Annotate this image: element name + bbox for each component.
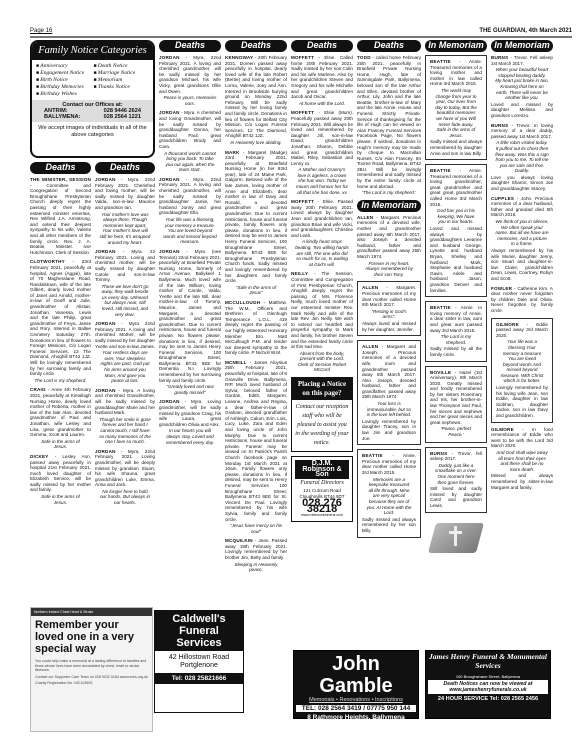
notice-text: - Annie. Treasured memories of a loving … <box>430 168 482 207</box>
robinson-web: www.robinsonsfuneral.com <box>295 513 349 519</box>
notice-text: - called home February 25th 2021, peacef… <box>357 55 421 189</box>
notice-name: BURNS <box>491 123 508 128</box>
paper-title: THE GUARDIAN, 4th March 2021 <box>479 28 572 34</box>
category-item: Birthday Wishes <box>36 91 92 97</box>
notice-name: GILMORE <box>496 322 519 327</box>
notice-name: JORDAN <box>95 177 116 182</box>
bible-cross-icon <box>426 517 486 557</box>
notice: ALLEN - Margaret. Precious memories of a… <box>357 215 421 278</box>
office-phone: 028 2564 1221 <box>104 114 141 120</box>
notice-verse: Sleeping in Heavenly peace. <box>229 562 283 573</box>
robinson-phone: 028 276 38218 <box>295 501 349 512</box>
notice-verse: A Mother and Granny's love is ageless, a… <box>295 167 349 195</box>
notice: BURNS - Trevor. In loving memory of a de… <box>491 123 553 192</box>
notice-name: BEATTIE <box>430 305 451 310</box>
notice-tail: Always loved and missed by her daughter,… <box>362 321 416 332</box>
notice-verse: Peace is yours, memories ours. <box>163 95 217 106</box>
notice-name: MOFFETT <box>291 55 314 60</box>
category-item: Death Notice <box>94 63 150 69</box>
notice-name: BURNS <box>491 55 508 60</box>
notice: BURNS - Trevor, fell asleep 2017.Daddy, … <box>425 447 487 513</box>
notice: BEATTIE - Annie. Treasured memories of a… <box>425 164 487 297</box>
notice: CRAIG - Anne 4th February 2021, peaceful… <box>30 387 91 450</box>
notice-name: BEATTIE <box>430 59 451 64</box>
page-number: Page 16 <box>30 28 52 34</box>
henry-notice: Death Notices can now be viewed at www.j… <box>428 680 548 694</box>
notice: MCNEILL - James Aloysius 25th February 2… <box>225 360 287 534</box>
notice-name: BOVILLE <box>430 370 451 375</box>
notice: JORDAN - Myra. 22nd February 2021. A lov… <box>159 177 221 245</box>
section-band-deaths: Deaths <box>95 162 155 174</box>
notice-text: - Hazel (1st Anniversary), 8th March 202… <box>430 370 482 425</box>
notice-verse: Safe in the arms of Jesus. <box>34 494 87 505</box>
notice-tail: Love you always loving daughter Sharon, … <box>491 175 553 191</box>
notice-name: ALLEN <box>357 215 373 220</box>
column-memoriam-7: In MemoriamBEATTIE - Annie. Treasured me… <box>425 40 487 645</box>
notice-tail: Sadly missed and always remembered by da… <box>430 139 482 155</box>
notice-text: - 20th February 2021, Doreen passed away… <box>225 55 287 138</box>
accept-images-note: We accept images of individuals in all o… <box>32 125 153 139</box>
notice-text: - Anne 4th February 2021, peacefully at … <box>30 387 91 437</box>
caldwell-funeral-ad[interactable]: Caldwell's Funeral Services 42 Hillostow… <box>154 610 244 713</box>
notice: THE MINISTER, SESSION - Committee and Co… <box>30 177 91 255</box>
notice: MCQUILKIN - Jean. Passed away 19th Febru… <box>225 538 287 573</box>
chest-heart-stroke-ad[interactable]: Northern Ireland Chest Heart & Stroke Re… <box>30 607 153 732</box>
notice-name: NEILLY <box>291 271 308 276</box>
notice-verse: Those we love don't go away, they walk b… <box>99 284 151 318</box>
notice: MOFFETT - Elsie. Passed away 20th Februa… <box>291 199 353 267</box>
henry-phone: 24 HOUR SERVICE Tel: 028 2565 2456 <box>426 696 550 702</box>
categories-title: Family Notice Categories <box>32 42 153 60</box>
notice: NEILLY - The Session, Committee and Cong… <box>291 271 353 373</box>
notice-verse: When your beautiful heart stopped beatin… <box>495 67 549 101</box>
robinson-sub: Funeral Directors <box>297 481 347 487</box>
notice-text: - Margaret (Madge) 23rd February 2021, p… <box>225 150 287 284</box>
notice-name: JORDAN <box>95 388 116 393</box>
notice-verse: No longer here to hold our hands, But al… <box>99 489 151 506</box>
ad-headline: Remember your loved one in a very specia… <box>31 616 152 658</box>
notice: ALLEN - Margaret. Precious memories of m… <box>357 281 421 336</box>
notice: CLOTWORTHY - 23rd February 2021, peacefu… <box>30 259 91 383</box>
notice: CUPPLES - John. Precious memories of a d… <box>491 196 553 282</box>
category-item: Anniversary <box>36 63 92 69</box>
notice-tail: Loved and missed always by granddaughter… <box>430 226 482 293</box>
category-item: Memoriam <box>94 77 150 83</box>
notice-name: TODD <box>357 55 371 60</box>
james-henry-ad[interactable]: James Henry Funeral & Monumental Service… <box>425 650 551 719</box>
notice-name: MOFFETT <box>291 199 314 204</box>
family-notice-categories: Family Notice Categories Anniversary Dea… <box>30 40 155 158</box>
notice-verse: "Resting in God's arms". <box>366 309 412 320</box>
henry-name: James Henry Funeral & Monumental Service… <box>426 653 550 670</box>
notice: BEATTIE - Annie. In loving memory of Ann… <box>425 301 487 361</box>
notice-verse: In our hearts you will always stay, Love… <box>163 428 217 445</box>
notice-name: ALLEN <box>362 285 378 290</box>
notice-name: FOWLER <box>491 286 512 291</box>
notice-verse: 'Peace, perfect Peace.' <box>434 426 478 437</box>
category-item: Marriage Notice <box>94 70 150 76</box>
notice-verse: Your life was a blessing Your memory a t… <box>500 339 544 384</box>
notice-verse: And God shall wipe away all tears from t… <box>495 450 549 472</box>
notice-verse: Forever in my heart. Always remembered b… <box>361 261 417 278</box>
notice-name: JORDAN <box>95 449 116 454</box>
notice-text: - Committee and Congregation of Second B… <box>30 183 91 255</box>
office-name: BALLYMENA: <box>44 114 80 120</box>
notice-verse: Your restless days are over, Your sleepl… <box>99 350 151 384</box>
notice-text: - Lesley Ann, passed away peacefully in … <box>30 454 91 493</box>
notice-name: CLOTWORTHY <box>30 259 65 264</box>
notice-text: - Margaret and Joseph. Precious memories… <box>362 344 416 399</box>
henry-address: 100 Broughshane Street, Ballymena <box>426 674 550 679</box>
notice: KENNOWAY - 20th February 2021, Doreen pa… <box>225 55 287 146</box>
notice-verse: Your loss is immeasurable, but so is the… <box>366 401 412 418</box>
notice-verse: The Lord is my shepherd. <box>434 334 478 345</box>
notice: BOVILLE - Hazel (1st Anniversary), 8th M… <box>425 366 487 443</box>
notice-tail: Still loved and sadly missed by daughter… <box>430 486 482 508</box>
notice: MOFFETT - Elsie (Mum). Peacefully passed… <box>291 110 353 195</box>
column-deaths-4: DeathsKENNOWAY - 20th February 2021, Dor… <box>225 40 287 645</box>
gamble-address: 8 Rathmore Heights, Ballymena <box>294 714 418 721</box>
notice: MOFFETT - Elsie. Called home 20th Februa… <box>291 55 353 106</box>
notice: JORDAN - Myra. 22 February 2021. Loving … <box>95 249 155 317</box>
notice: GILMORE - In fond remembrance of Eddie w… <box>491 427 553 491</box>
notice-name: BEATTIE <box>430 168 451 173</box>
notice-name: MOFFETT <box>291 110 314 115</box>
notice-verse: The Lord is my shepherd. <box>34 378 87 384</box>
notice-name: JORDAN <box>159 399 180 404</box>
contact-offices: Contact our Offices at: ANTRIM:028 9446 … <box>32 100 153 122</box>
notice-tail: Lovingly remembered by his loving wife J… <box>496 385 548 418</box>
category-item: Thanks Notice <box>94 84 150 90</box>
notice-verse: Memories are a keepsake treasured all li… <box>366 477 412 516</box>
category-item: Birth Notice <box>36 77 92 83</box>
notice-verse: A little robin visited today. It puffed … <box>495 140 549 174</box>
column-memoriam-8: In MemoriamBURNS - Trevor. Fell asleep 1… <box>491 40 553 645</box>
notice-text: - Myra. 22nd February 2021. Cherished an… <box>95 177 155 210</box>
section-band-deaths: Deaths <box>30 162 91 174</box>
notice: ALLEN - Margaret and Joseph. Precious me… <box>357 340 421 445</box>
notice-name: JORDAN <box>95 249 116 254</box>
placing-notice-title: Placing a Notice on this page? <box>292 378 352 400</box>
notice-verse: Though her smile is gone forever and her… <box>99 417 151 445</box>
notice-text: - Myra, 22nd February 2021. A loving and… <box>159 55 221 94</box>
category-item: Birthday Memories <box>36 84 92 90</box>
notice-name: JORDAN <box>95 321 116 326</box>
section-band-deaths: Deaths <box>291 40 353 52</box>
notice: FOWLER - Catherine Kim. A dear mother ne… <box>491 286 553 314</box>
notice: BURNS - Trevor. Fell asleep 1st March 20… <box>491 55 553 119</box>
notice: BEATTIE - Annie. Precious memories of my… <box>357 449 421 537</box>
notice-name: BURNS <box>430 451 447 456</box>
column-deaths-1: DeathsTHE MINISTER, SESSION - Committee … <box>30 162 91 602</box>
caldwell-phone: Tel: 028 25821666 <box>155 673 243 684</box>
notice-text: - The Session, Committee and Congregatio… <box>291 271 353 349</box>
column-deaths-5: DeathsMOFFETT - Elsie. Called home 20th … <box>291 40 353 645</box>
notice-verse: In Heavenly love abiding. <box>229 140 283 146</box>
notice-verse: Your life was a blessing, your memory a … <box>163 217 217 245</box>
notice-name: MARK <box>225 150 240 155</box>
ad-org: Northern Ireland Chest Heart & Stroke <box>31 608 152 616</box>
notice-name: DICKEY <box>30 454 49 459</box>
notice-text: - Elsie (Mum). Peacefully passed away 20… <box>291 110 353 165</box>
notice-verse: Daddy, just like a snowflake on a river.… <box>434 463 478 485</box>
notice-tail: Sadly missed by all the family circle. <box>430 346 482 357</box>
notice-verse: "Jesus have mercy on his soul" <box>229 523 283 534</box>
section-band-memoriam: In Memoriam <box>491 40 553 52</box>
notice-name: CUPPLES <box>491 196 514 201</box>
notice-verse: 'The Lord is my shepherd.' <box>361 190 417 196</box>
section-band-memoriam: In Memoriam <box>357 200 421 212</box>
notice-tail: Missed and always remembered by sister-i… <box>491 473 553 489</box>
notice-tail: Always remembered by his wife Muriel, da… <box>491 248 553 281</box>
notice-name: KENNOWAY <box>225 55 253 60</box>
notice-name: JORDAN <box>159 55 180 60</box>
notice-verse: At home with the Lord. <box>295 101 349 107</box>
notice: DICKEY - Lesley Ann, passed away peacefu… <box>30 454 91 505</box>
notice-tail: Lovingly remembered by daughter Tracey, … <box>362 419 416 441</box>
column-deaths-memoriam-6: DeathsTODD - called home February 25th 2… <box>357 40 421 645</box>
column-deaths-3: DeathsJORDAN - Myra, 22nd February 2021.… <box>159 40 221 610</box>
notice-text: - Myra (nee Tennant) 22nd February 2021,… <box>159 249 221 383</box>
notice: BEATTIE - Annie. Treasured memories of a… <box>425 55 487 160</box>
notice-text: - Myra. 22nd February 2021. A loving and… <box>159 177 221 216</box>
notice-name: CRAIG <box>30 387 46 392</box>
notice-tail: Sadly missed and always remembered by he… <box>362 517 416 533</box>
notice-name: MCQUILKIN <box>225 538 253 543</box>
notice: JORDAN - Myra 22nd February 2021. A lovi… <box>95 321 155 384</box>
notice: JORDAN - Myra. 22nd February 2021. Cheri… <box>95 177 155 245</box>
section-band-deaths: Deaths <box>357 40 421 52</box>
notice-verse: Absent from the body, present with the L… <box>295 351 349 373</box>
caldwell-address: 42 Hillostown Road Portglenone <box>155 651 243 673</box>
categories-list: Anniversary Death Notice Engagement Noti… <box>32 60 153 97</box>
notice-verse: We think of you in silence, We often spe… <box>495 219 549 247</box>
notice: JORDAN - Myra, 22nd February 2021. A lov… <box>159 55 221 106</box>
robinson-name: D.J.M. Robinson & Son <box>295 460 349 479</box>
notice: JORDAN - Myra (nee Tennant) 22nd Februar… <box>159 249 221 395</box>
notice-verse: A thousand words cannot bring you back. … <box>163 151 217 173</box>
notice-text: - Margaret. Precious memories of a devot… <box>357 215 421 259</box>
category-item: Engagement Notice <box>36 70 92 76</box>
gamble-name: John Gamble <box>294 653 418 697</box>
notice-name: JORDAN <box>159 110 180 115</box>
notice: MCCULLOUGH - Matthew. The W.M., Officers… <box>225 300 287 356</box>
placing-notice-body: Contact our reception staff who will be … <box>292 400 352 451</box>
notice-verse: A kindly heart stops beating, Two willin… <box>295 239 349 267</box>
robinson-funeral-ad[interactable]: D.J.M. Robinson & SonFuneral Directors12… <box>291 456 353 522</box>
notice-text: - Myra, 22nd February 2021. Loving grand… <box>95 449 155 488</box>
notice: JORDAN - Myra. Loving grandmother, will … <box>159 399 221 445</box>
notice: JORDAN - Myra. A loving and cherished Gr… <box>95 388 155 445</box>
ad-charity-no: Charity Registration No. NIC103593 <box>31 680 152 687</box>
notice-name: MCNEILL <box>225 360 247 365</box>
notice-text: - Myra. 22 February 2021. Loving and che… <box>95 249 155 282</box>
notice-name: JORDAN <box>159 177 180 182</box>
notice-name: MCCULLOUGH <box>225 300 260 305</box>
notice-verse: "Greatly loved and now greatly missed" <box>163 384 217 395</box>
placing-notice-box: Placing a Notice on this page?Contact ou… <box>291 377 353 452</box>
section-band-deaths: Deaths <box>159 40 221 52</box>
john-gamble-ad[interactable]: John Gamble Memorials • Renovations • In… <box>293 650 419 719</box>
notice-verse: "Safe in the arms of Jesus" <box>229 285 283 296</box>
notice-name: ALLEN <box>362 344 378 349</box>
section-band-memoriam: In Memoriam <box>425 40 487 52</box>
section-band-deaths: Deaths <box>225 40 287 52</box>
notice-text: - 23rd February 2021, peacefully at hosp… <box>30 259 91 376</box>
notice-text: - James Aloysius 25th February 2021, pea… <box>225 360 287 522</box>
header-rule <box>30 36 572 38</box>
gamble-services: Memorials • Renovations • Inscriptions <box>294 697 418 703</box>
ad-body: You could help make a memorial at a last… <box>31 658 152 674</box>
notice: GILMORE - Eddie passed away 3rd March 20… <box>491 318 553 423</box>
notice-name: BEATTIE <box>362 453 383 458</box>
notice-text: - Myra. A cherished and loving Grandmoth… <box>159 110 221 149</box>
column-deaths-2: DeathsJORDAN - Myra. 22nd February 2021.… <box>95 162 155 607</box>
notice-name: THE MINISTER, SESSION <box>30 177 91 182</box>
notice-verse: Your mother's love was always there, Tho… <box>99 212 151 246</box>
notice: JORDAN - Myra, 22nd February 2021. Lovin… <box>95 449 155 506</box>
notice-tail: Loved and missed by daughter Melissa and… <box>491 102 553 118</box>
notice-text: - Elsie. Passed away 20th February 2021.… <box>291 199 353 238</box>
notice-text: - Elsie. Called home 20th February 2021.… <box>291 55 353 99</box>
caldwell-name: Caldwell's Funeral Services <box>155 611 243 651</box>
notice-verse: Safe in the arms of Jesus. <box>34 439 87 450</box>
notice-text: - Matthew. The W.M., Officers and Brethr… <box>225 300 287 355</box>
notice: JORDAN - Myra. A cherished and loving Gr… <box>159 110 221 173</box>
notice-name: GILMORE <box>491 427 514 432</box>
notice: MARK - Margaret (Madge) 23rd February 20… <box>225 150 287 296</box>
notice-verse: The world may change from year to year, … <box>434 88 478 138</box>
notice-verse: God has you in his keeping, We have you … <box>434 208 478 225</box>
notice-name: JORDAN <box>159 249 180 254</box>
notice: TODD - called home February 25th 2021, p… <box>357 55 421 196</box>
gamble-phone: TEL: 028 2564 3419 / 07775 950 144 <box>296 705 416 712</box>
